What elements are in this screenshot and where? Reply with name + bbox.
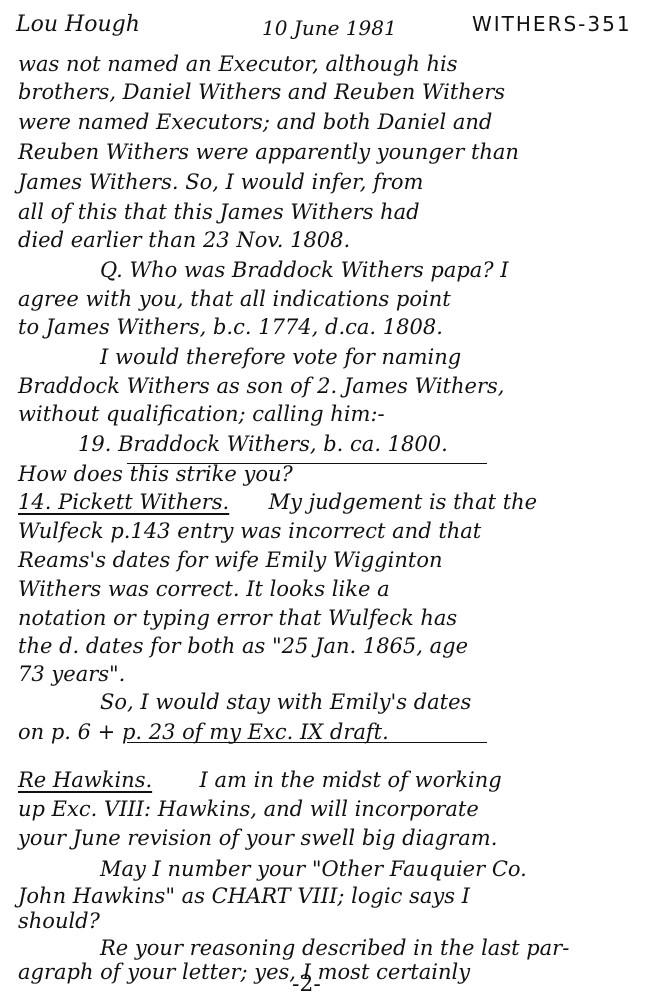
section-heading: Re Hawkins. (18, 768, 152, 792)
text-line: John Hawkins" as CHART VIII; logic says … (18, 882, 470, 910)
text-line: Braddock Withers as son of 2. James With… (18, 372, 504, 400)
text-line: Re Hawkins. I am in the midst of working (18, 766, 502, 794)
text-line: up Exc. VIII: Hawkins, and will incorpor… (18, 795, 479, 823)
text-line: was not named an Executor, although his (18, 50, 458, 78)
letter-date: 10 June 1981 (262, 16, 397, 40)
page-number: -2- (292, 972, 321, 997)
recipient-name: Lou Hough (16, 12, 140, 37)
letter-page: Lou Hough 10 June 1981 WITHERS-351 was n… (0, 0, 650, 1003)
text-line: 19. Braddock Withers, b. ca. 1800. (78, 430, 448, 458)
text-line: May I number your "Other Fauquier Co. (100, 855, 527, 883)
reference-code: WITHERS-351 (472, 12, 632, 36)
text-line: died earlier than 23 Nov. 1808. (18, 226, 350, 254)
text-line: all of this that this James Withers had (18, 198, 420, 226)
text-line: to James Withers, b.c. 1774, d.ca. 1808. (18, 313, 443, 341)
text-line: How does this strike you? (18, 460, 293, 488)
text-line: Withers was correct. It looks like a (18, 575, 390, 603)
letter-header: Lou Hough 10 June 1981 WITHERS-351 (0, 6, 650, 42)
text-line: should? (18, 907, 100, 935)
text-line: were named Executors; and both Daniel an… (18, 108, 492, 136)
text-line: agraph of your letter; yes, I most certa… (18, 958, 470, 986)
text-span: My judgement is that the (269, 490, 538, 514)
text-line: notation or typing error that Wulfeck ha… (18, 604, 457, 632)
text-line: Wulfeck p.143 entry was incorrect and th… (18, 517, 481, 545)
text-line: I would therefore vote for naming (100, 343, 461, 371)
section-heading: 14. Pickett Withers. (18, 490, 229, 514)
text-line: agree with you, that all indications poi… (18, 285, 451, 313)
text-span: I am in the midst of working (200, 768, 502, 792)
text-line: Q. Who was Braddock Withers papa? I (100, 256, 509, 284)
text-line: Reuben Withers were apparently younger t… (18, 138, 519, 166)
text-line: Reams's dates for wife Emily Wigginton (18, 546, 443, 574)
text-line: 73 years". (18, 660, 125, 688)
text-line: 14. Pickett Withers. My judgement is tha… (18, 488, 537, 516)
text-line: the d. dates for both as "25 Jan. 1865, … (18, 632, 468, 660)
section-divider (127, 463, 487, 464)
text-line: So, I would stay with Emily's dates (100, 688, 471, 716)
text-line: James Withers. So, I would infer, from (18, 168, 423, 196)
text-line: your June revision of your swell big dia… (18, 824, 497, 852)
text-line: without qualification; calling him:- (18, 400, 385, 428)
text-line: brothers, Daniel Withers and Reuben With… (18, 78, 505, 106)
section-divider (127, 742, 487, 743)
